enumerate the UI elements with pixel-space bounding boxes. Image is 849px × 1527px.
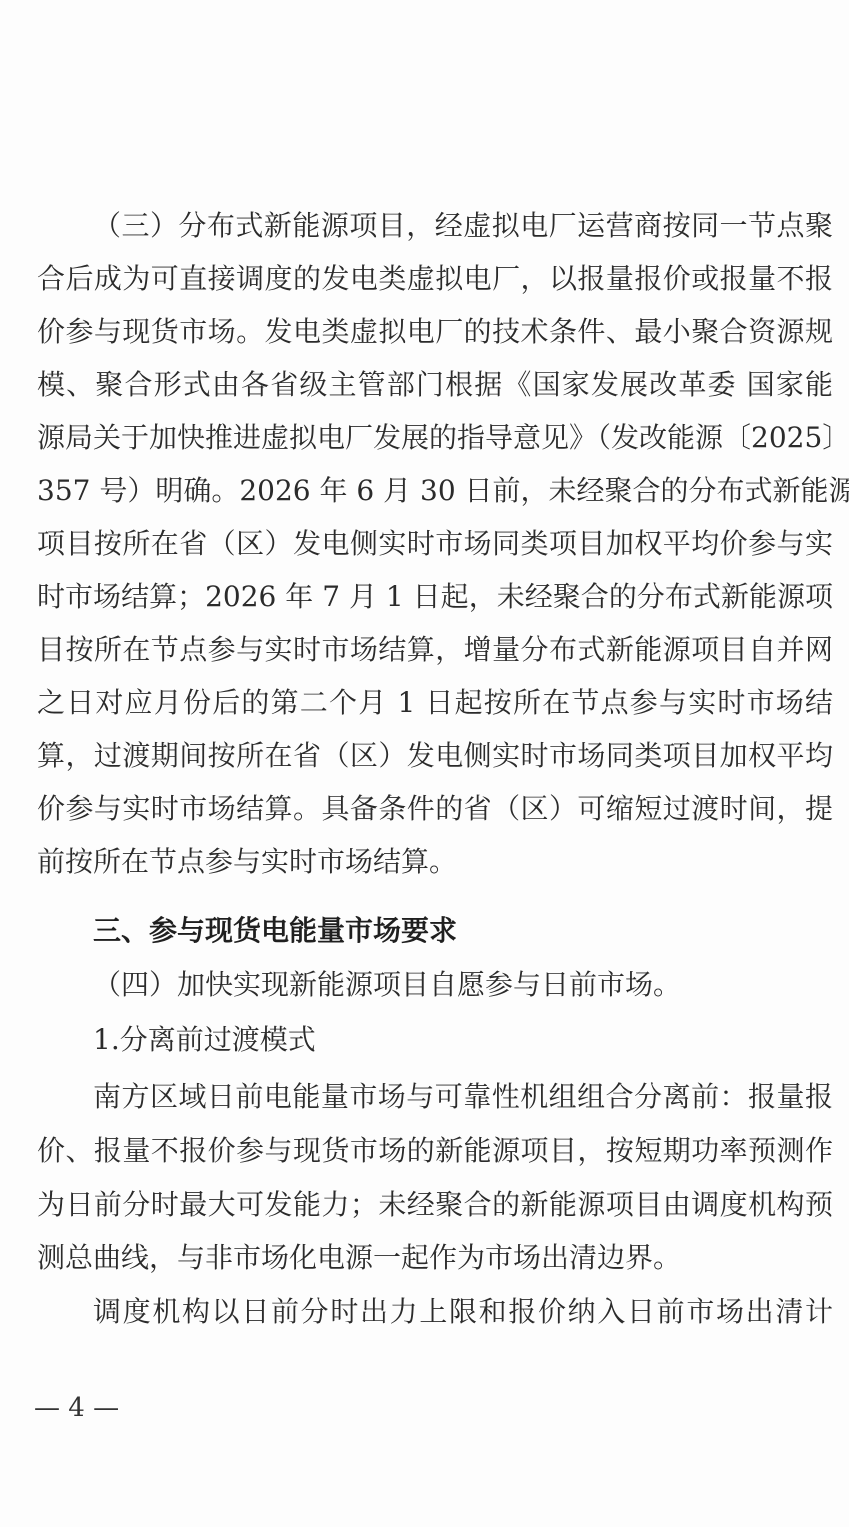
paragraph-3-line-5: 源局关于加快推进虚拟电厂发展的指导意见》（发改能源〔2025〕 xyxy=(37,421,833,455)
item-1-title: 1.分离前过渡模式 xyxy=(93,1023,833,1057)
transition-paragraph-line-3: 为日前分时最大可发能力；未经聚合的新能源项目由调度机构预 xyxy=(37,1188,833,1222)
paragraph-3-line-3: 价参与现货市场。发电类虚拟电厂的技术条件、最小聚合资源规 xyxy=(37,315,833,349)
document-page: （三）分布式新能源项目，经虚拟电厂运营商按同一节点聚 合后成为可直接调度的发电类… xyxy=(0,0,849,1527)
transition-paragraph-line-4: 测总曲线，与非市场化电源一起作为市场出清边界。 xyxy=(37,1241,833,1275)
paragraph-3-line-4: 模、聚合形式由各省级主管部门根据《国家发展改革委 国家能 xyxy=(37,368,833,402)
paragraph-3-line-13: 前按所在节点参与实时市场结算。 xyxy=(37,845,833,879)
transition-paragraph-line-2: 价、报量不报价参与现货市场的新能源项目，按短期功率预测作 xyxy=(37,1134,833,1168)
paragraph-3-line-6: 357 号）明确。2026 年 6 月 30 日前，未经聚合的分布式新能源 xyxy=(37,474,833,508)
paragraph-3-line-8: 时市场结算；2026 年 7 月 1 日起，未经聚合的分布式新能源项 xyxy=(37,580,833,614)
subsection-4-title: （四）加快实现新能源项目自愿参与日前市场。 xyxy=(93,968,833,1002)
paragraph-3-line-2: 合后成为可直接调度的发电类虚拟电厂，以报量报价或报量不报 xyxy=(37,262,833,296)
paragraph-3-line-9: 目按所在节点参与实时市场结算，增量分布式新能源项目自并网 xyxy=(37,633,833,667)
page-number: — 4 — xyxy=(34,1392,119,1424)
paragraph-3-line-12: 价参与实时市场结算。具备条件的省（区）可缩短过渡时间，提 xyxy=(37,792,833,826)
paragraph-3-line-7: 项目按所在省（区）发电侧实时市场同类项目加权平均价参与实 xyxy=(37,527,833,561)
section-heading: 三、参与现货电能量市场要求 xyxy=(93,914,833,948)
paragraph-3-line-11: 算，过渡期间按所在省（区）发电侧实时市场同类项目加权平均 xyxy=(37,739,833,773)
dispatch-paragraph-line-1: 调度机构以日前分时出力上限和报价纳入日前市场出清计 xyxy=(93,1295,833,1329)
paragraph-3-line-1: （三）分布式新能源项目，经虚拟电厂运营商按同一节点聚 xyxy=(93,209,833,243)
transition-paragraph-line-1: 南方区域日前电能量市场与可靠性机组组合分离前：报量报 xyxy=(93,1080,833,1114)
paragraph-3-line-10: 之日对应月份后的第二个月 1 日起按所在节点参与实时市场结 xyxy=(37,686,833,720)
